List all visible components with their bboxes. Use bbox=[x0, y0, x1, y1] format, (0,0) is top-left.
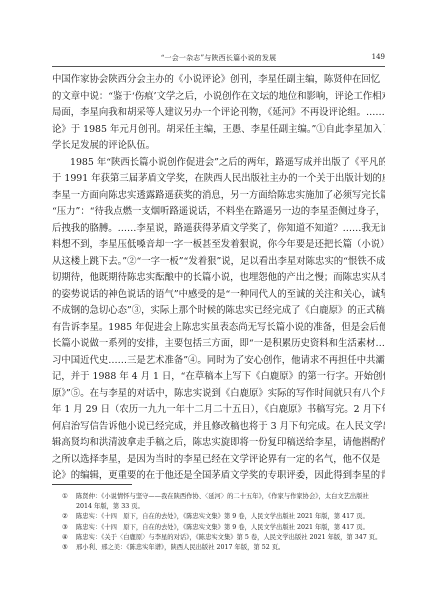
text-line: 中国作家协会陕西分会主办的《小说评论》创刊，李星任副主编，陈贤仲在回忆《延河》往… bbox=[52, 72, 385, 89]
running-title: “一会一杂志”与陕西长篇小说的发展 bbox=[52, 53, 385, 63]
text-line: 料想不到，李星压低嗓音却一字一板甚至发着狠说，你今年要是还把长篇（小说）写不完，… bbox=[52, 237, 385, 254]
text-line: 习中国近代史……三是艺术准备”④。同时为了安心创作，他请求不再担任中共灞桥区副书 bbox=[52, 353, 385, 370]
text-line: 有告诉李星。1985 年促进会上陈忠实虽表态尚无写长篇小说的准备，但是会后他也开… bbox=[52, 320, 385, 337]
text-line: 后拽我的胳膊。……李星说，路遥获得茅盾文学奖了，你知道不知道？……我无论如何也 bbox=[52, 221, 385, 238]
text-line: 从这楼上跳下去。”②“一字一板”“发着狠”说，足以看出李星对陈忠实的“恨铁不成钢… bbox=[52, 254, 385, 271]
footnote: ⑤邢小利、邢之美：《陈忠实年谱》，陕西人民出版社 2017 年版，第 52 页。 bbox=[62, 543, 385, 553]
text-line: 切期待，他既期待陈忠实酝酿中的长篇小说，也埋怨他的产出之慢；而陈忠实从李星“说话 bbox=[52, 270, 385, 287]
footnote-mark: ③ bbox=[62, 523, 76, 533]
text-line: 年 1 月 29 日（农历一九九一年十二月二十五日），《白鹿原》书稿写完。2 月… bbox=[52, 402, 385, 419]
text-line: 论》的编辑，更重要的在于他还是全国茅盾文学奖的专职评委，因此得到李星的肯定也就意 bbox=[52, 468, 385, 485]
text-line: 1985 年“陕西长篇小说创作促进会”之后的两年，路遥写成并出版了《平凡的世界》… bbox=[52, 155, 385, 172]
text-line: “压力”：“待我点燃一支烟听路遥说话，不料坐在路遥另一边的李星歪侧过身子，从路遥… bbox=[52, 204, 385, 221]
footnote-mark: ① bbox=[62, 492, 76, 512]
text-line: 于 1991 年获第三届茅盾文学奖，在陕西人民出版社主办的一个关于出版计划的座谈… bbox=[52, 171, 385, 188]
footnote: ②陈忠实：《十四 原下，自在的去处》，《陈忠实文集》第 9 卷，人民文学出版社 … bbox=[62, 512, 385, 522]
text-line: 辑高贤均和洪清波拿走手稿之后，陈忠实旋即将一份复印稿送给李星，请他斟酌作品成色。 bbox=[52, 435, 385, 452]
text-line: 论》于 1985 年元月创刊。胡采任主编，王愚、李星任副主编。”①自此李星加入了… bbox=[52, 122, 385, 139]
text-line: 长篇小说做一系列的安排，主要包括三方面，即“一是积累历史资料和生活素材……二是温 bbox=[52, 336, 385, 353]
text-line: 何启治写信告诉他小说已经完成，并且修改稿也将于 3 月下旬完成。在人民文学出版社… bbox=[52, 419, 385, 436]
footnote-mark: ② bbox=[62, 512, 76, 522]
text-line: 学长足发展的评论队伍。 bbox=[52, 138, 385, 155]
footnote: ④陈忠实：《关于〈白鹿原〉与李星的对话》，《陈忠实文集》第 5 卷，人民文学出版… bbox=[62, 533, 385, 543]
text-line: 的姿势说话的神色说话的语气”中感受的是“一种同代人的至诚的关注和关心，诚挚到恨铁 bbox=[52, 287, 385, 304]
footnote-text: 陈忠实：《十四 原下，自在的去处》，《陈忠实文集》第 9 卷，人民文学出版社 2… bbox=[76, 512, 385, 522]
body-text: 中国作家协会陕西分会主办的《小说评论》创刊，李星任副主编，陈贤仲在回忆《延河》往… bbox=[52, 72, 385, 485]
footnote: ①陈贤仲：《小说情怀与坚守——我在陕西作协、〈延河〉的二十五年》，《作家与作家协… bbox=[62, 492, 385, 512]
footnote-mark: ④ bbox=[62, 533, 76, 543]
text-line: 李星一方面向陈忠实透露路遥获奖的消息，另一方面给陈忠实施加了必须写完长篇小说的 bbox=[52, 188, 385, 205]
footnote-text: 邢小利、邢之美：《陈忠实年谱》，陕西人民出版社 2017 年版，第 52 页。 bbox=[76, 543, 385, 553]
footnotes: ①陈贤仲：《小说情怀与坚守——我在陕西作协、〈延河〉的二十五年》，《作家与作家协… bbox=[62, 492, 385, 553]
text-line: 的文章中说：“鉴于‘伤痕’文学之后，小说创作在文坛的地位和影响，评论工作相对落后… bbox=[52, 89, 385, 106]
footnote-text: 陈忠实：《十四 原下，自在的去处》，《陈忠实文集》第 9 卷，人民文学出版社 2… bbox=[76, 523, 385, 533]
footnote-mark: ⑤ bbox=[62, 543, 76, 553]
text-line: 原》”⑤。在与李星的对话中，陈忠实说到《白鹿原》实际的写作时间就只有八个月，到 … bbox=[52, 386, 385, 403]
page-number: 149 bbox=[372, 53, 385, 61]
footnote-text: 陈忠实：《关于〈白鹿原〉与李星的对话》，《陈忠实文集》第 5 卷，人民文学出版社… bbox=[76, 533, 385, 543]
footnote-text: 陈贤仲：《小说情怀与坚守——我在陕西作协、〈延河〉的二十五年》，《作家与作家协会… bbox=[76, 492, 385, 512]
footnote: ③陈忠实：《十四 原下，自在的去处》，《陈忠实文集》第 9 卷，人民文学出版社 … bbox=[62, 523, 385, 533]
text-line: 局面，李星向我和胡采等人建议另办一个评论刊物，《延河》不再设评论组。……《小说评 bbox=[52, 105, 385, 122]
page-header: “一会一杂志”与陕西长篇小说的发展 149 bbox=[52, 52, 385, 67]
text-line: 之所以选择李星，是因为当时的李星已经在文学评论界有一定的名气，他不仅是《小说评 bbox=[52, 452, 385, 469]
footnote-divider bbox=[52, 484, 132, 485]
text-line: 记，并于 1988 年 4 月 1 日，“在草稿本上写下《白鹿原》的第一行字。开… bbox=[52, 369, 385, 386]
text-line: 不成钢的急切心态”③，实际上那个时候的陈忠实已经完成了《白鹿原》的正式稿，只是还… bbox=[52, 303, 385, 320]
